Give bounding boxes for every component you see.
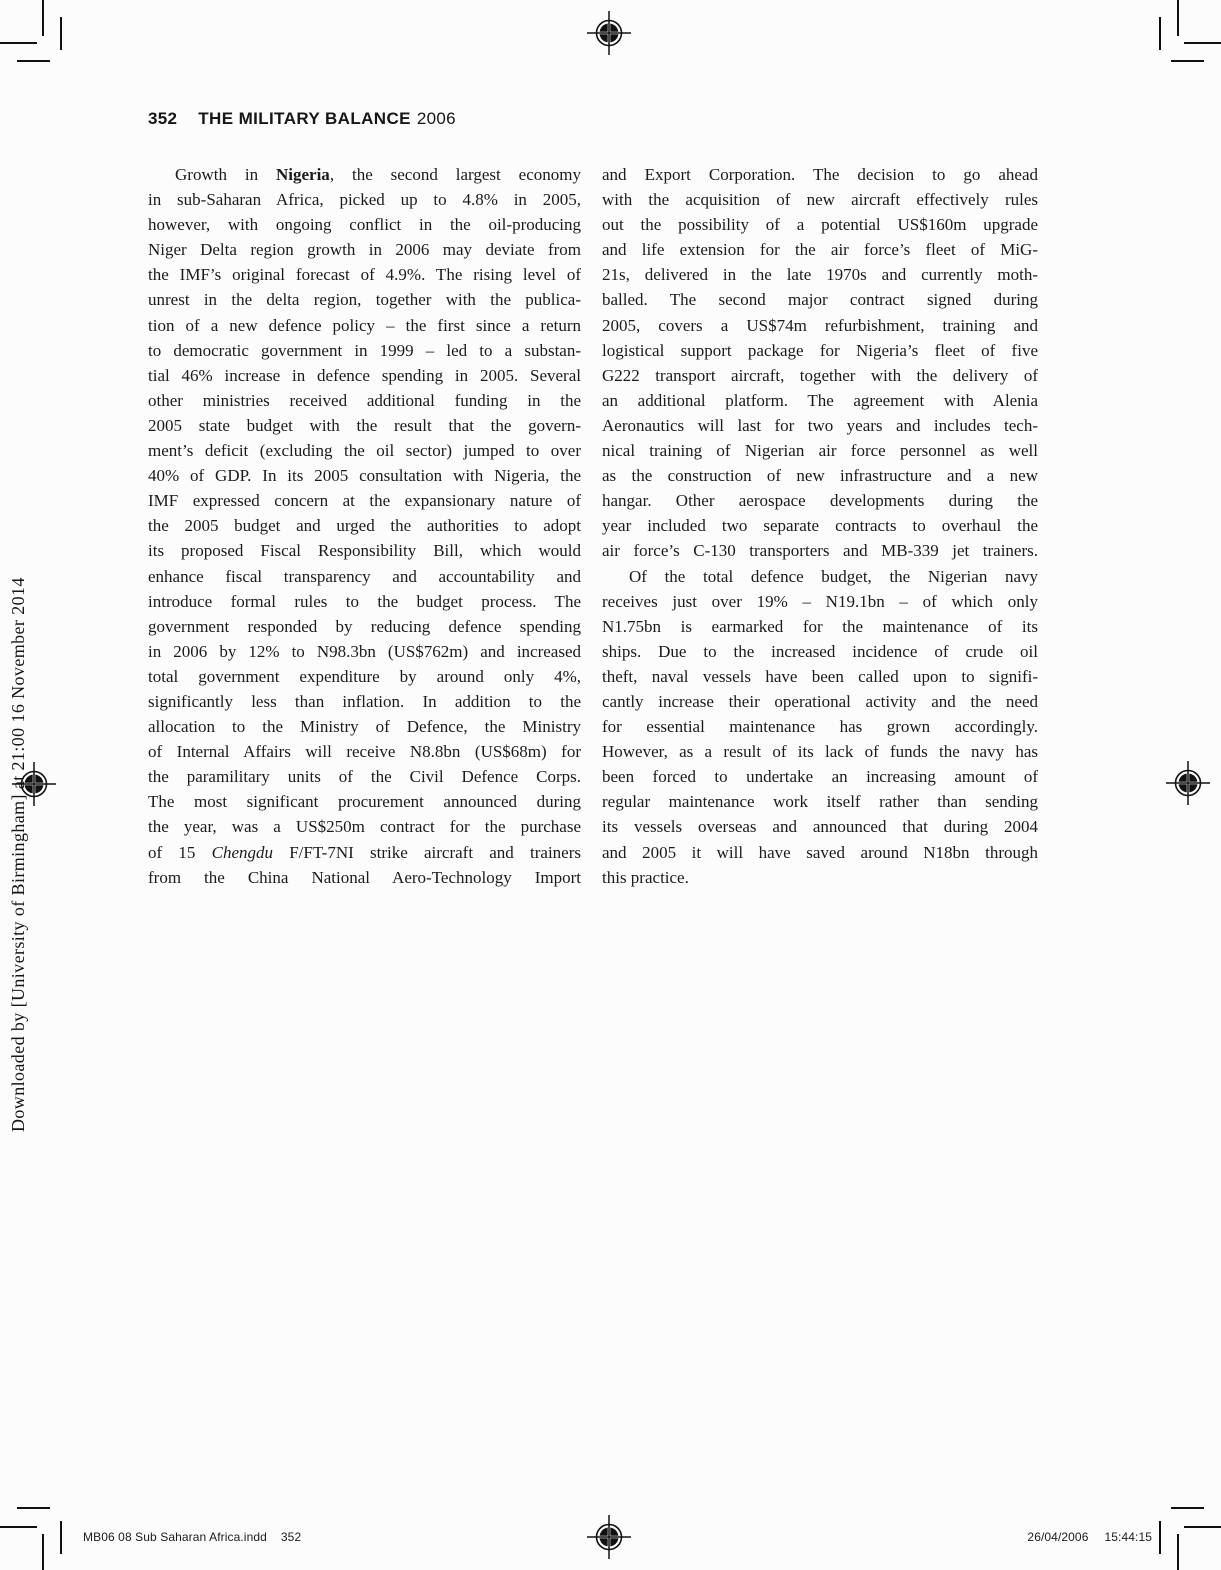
text-line: IMF expressed concern at the expansionar…	[148, 488, 581, 513]
text-line: to democratic government in 1999 – led t…	[148, 338, 581, 363]
text-line: this practice.	[602, 865, 1038, 890]
text-line: government responded by reducing defence…	[148, 614, 581, 639]
text-line: an additional platform. The agreement wi…	[602, 388, 1038, 413]
text-line: its vessels overseas and announced that …	[602, 814, 1038, 839]
edition-year: 2006	[417, 109, 456, 128]
text-line: air force’s C-130 transporters and MB-33…	[602, 538, 1038, 563]
crop-mark	[42, 0, 44, 36]
text-line: from the China National Aero-Technology …	[148, 865, 581, 890]
text-line: the 2005 budget and urged the authoritie…	[148, 513, 581, 538]
text-line: However, as a result of its lack of fund…	[602, 739, 1038, 764]
text-line: been forced to undertake an increasing a…	[602, 764, 1038, 789]
text-line: the paramilitary units of the Civil Defe…	[148, 764, 581, 789]
article-column-left: Growth in Nigeria, the second largest ec…	[148, 162, 581, 890]
crop-mark	[1184, 42, 1221, 44]
footer-page-number: 352	[281, 1530, 301, 1544]
text-line: N1.75bn is earmarked for the maintenance…	[602, 614, 1038, 639]
text-line: of 15 Chengdu F/FT-7NI strike aircraft a…	[148, 840, 581, 865]
text-line: and 2005 it will have saved around N18bn…	[602, 840, 1038, 865]
text-line: and life extension for the air force’s f…	[602, 237, 1038, 262]
text-line: theft, naval vessels have been called up…	[602, 664, 1038, 689]
text-line: in sub-Saharan Africa, picked up to 4.8%…	[148, 187, 581, 212]
crop-mark	[1177, 0, 1179, 36]
text-line: logistical support package for Nigeria’s…	[602, 338, 1038, 363]
text-line: hangar. Other aerospace developments dur…	[602, 488, 1038, 513]
text-line: 40% of GDP. In its 2005 consultation wit…	[148, 463, 581, 488]
text-line: of Internal Affairs will receive N8.8bn …	[148, 739, 581, 764]
text-line: as the construction of new infrastructur…	[602, 463, 1038, 488]
crop-mark	[17, 60, 50, 62]
footer-date: 26/04/2006	[1027, 1530, 1088, 1544]
text-line: year included two separate contracts to …	[602, 513, 1038, 538]
crop-mark	[0, 1526, 37, 1528]
italic-text: Chengdu	[212, 843, 273, 862]
text-line: enhance fiscal transparency and accounta…	[148, 564, 581, 589]
text-line: for essential maintenance has grown acco…	[602, 714, 1038, 739]
text-line: Niger Delta region growth in 2006 may de…	[148, 237, 581, 262]
text-line: allocation to the Ministry of Defence, t…	[148, 714, 581, 739]
text-line: 21s, delivered in the late 1970s and cur…	[602, 262, 1038, 287]
text-line: balled. The second major contract signed…	[602, 287, 1038, 312]
text-line: The most significant procurement announc…	[148, 789, 581, 814]
text-line: unrest in the delta region, together wit…	[148, 287, 581, 312]
text-line: 2005 state budget with the result that t…	[148, 413, 581, 438]
text-line: its proposed Fiscal Responsibility Bill,…	[148, 538, 581, 563]
text-line: out the possibility of a potential US$16…	[602, 212, 1038, 237]
crop-mark	[60, 17, 62, 50]
text-line: ment’s deficit (excluding the oil sector…	[148, 438, 581, 463]
text-line: nical training of Nigerian air force per…	[602, 438, 1038, 463]
text-line: receives just over 19% – N19.1bn – of wh…	[602, 589, 1038, 614]
text-line: and Export Corporation. The decision to …	[602, 162, 1038, 187]
footer-file-name: MB06 08 Sub Saharan Africa.indd	[83, 1530, 267, 1544]
text-line: tial 46% increase in defence spending in…	[148, 363, 581, 388]
text-line: other ministries received additional fun…	[148, 388, 581, 413]
book-title: THE MILITARY BALANCE	[198, 109, 411, 128]
footer-right: 26/04/200615:44:15	[1027, 1530, 1152, 1544]
text-line: Growth in Nigeria, the second largest ec…	[148, 162, 581, 187]
text-line: total government expenditure by around o…	[148, 664, 581, 689]
page-number: 352	[148, 109, 177, 128]
footer-left: MB06 08 Sub Saharan Africa.indd352	[83, 1530, 301, 1544]
text-line: tion of a new defence policy – the first…	[148, 313, 581, 338]
text-line: in 2006 by 12% to N98.3bn (US$762m) and …	[148, 639, 581, 664]
text-line: ships. Due to the increased incidence of…	[602, 639, 1038, 664]
scanned-page: Downloaded by [University of Birmingham]…	[0, 0, 1221, 1570]
page-footer: MB06 08 Sub Saharan Africa.indd352 26/04…	[0, 1530, 1221, 1550]
footer-time: 15:44:15	[1104, 1530, 1152, 1544]
text-line: introduce formal rules to the budget pro…	[148, 589, 581, 614]
text-line: G222 transport aircraft, together with t…	[602, 363, 1038, 388]
crop-mark	[1159, 17, 1161, 50]
article-column-right: and Export Corporation. The decision to …	[602, 162, 1038, 890]
crop-mark	[17, 1507, 50, 1509]
crop-mark	[1171, 1507, 1204, 1509]
text-line: cantly increase their operational activi…	[602, 689, 1038, 714]
text-line: Aeronautics will last for two years and …	[602, 413, 1038, 438]
text-line: the IMF’s original forecast of 4.9%. The…	[148, 262, 581, 287]
text-line: Of the total defence budget, the Nigeria…	[602, 564, 1038, 589]
text-line: 2005, covers a US$74m refurbishment, tra…	[602, 313, 1038, 338]
crop-mark	[1184, 1526, 1221, 1528]
text-line: regular maintenance work itself rather t…	[602, 789, 1038, 814]
registration-target-icon	[1166, 761, 1210, 805]
text-line: the year, was a US$250m contract for the…	[148, 814, 581, 839]
registration-target-icon	[587, 11, 631, 55]
text-line: with the acquisition of new aircraft eff…	[602, 187, 1038, 212]
crop-mark	[0, 42, 37, 44]
crop-mark	[1171, 60, 1204, 62]
text-line: however, with ongoing conflict in the oi…	[148, 212, 581, 237]
bold-text: Nigeria	[276, 165, 330, 184]
page-header: 352THE MILITARY BALANCE2006	[148, 109, 456, 129]
text-line: significantly less than inflation. In ad…	[148, 689, 581, 714]
